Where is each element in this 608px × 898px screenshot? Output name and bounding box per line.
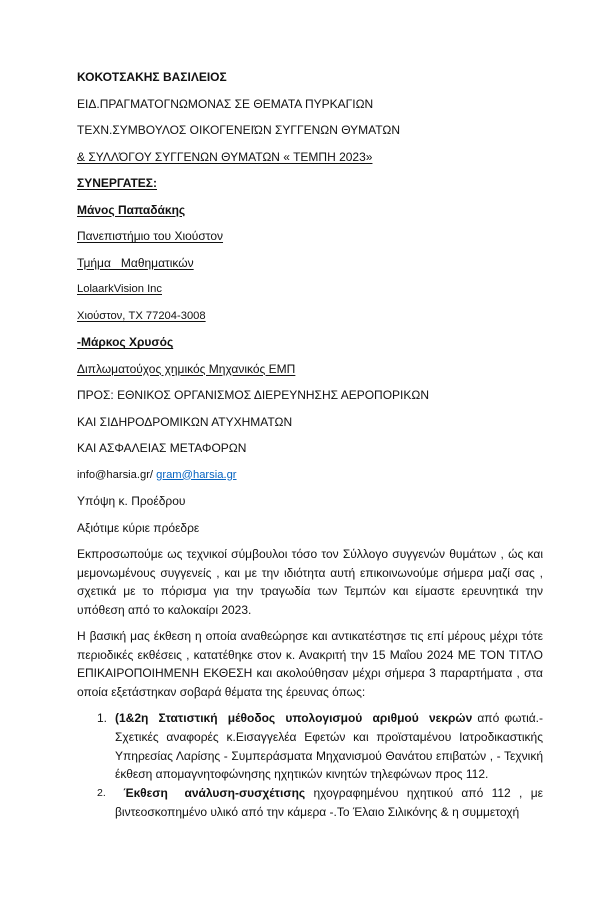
body-paragraph-2: Η βασική μας έκθεση η οποία αναθεώρησε κ… bbox=[77, 627, 543, 701]
recipient-line-1: ΠΡΟΣ: ΕΘΝΙΚΟΣ ΟΡΓΑΝΙΣΜΟΣ ΔΙΕΡΕΥΝΗΣΗΣ ΑΕΡ… bbox=[77, 386, 543, 413]
email-info: info@harsia.gr/ bbox=[77, 469, 153, 481]
document-page: ΚΟΚΟΤΣΑΚΗΣ ΒΑΣΙΛΕΙΟΣ ΕΙΔ.ΠΡΑΓΜΑΤΟΓΝΩΜΟΝΑ… bbox=[77, 68, 543, 822]
collaborator-1-affiliation: Πανεπιστήμιο του Χιούστον bbox=[77, 227, 543, 254]
list-item-bold: Έκθεση ανάλυση-συσχέτισης bbox=[115, 786, 305, 800]
recipient-line-3: ΚΑΙ ΑΣΦΑΛΕΙΑΣ ΜΕΤΑΦΟΡΩΝ bbox=[77, 439, 543, 466]
collaborator-1-name: Μάνος Παπαδάκης bbox=[77, 201, 543, 228]
reports-list: 1. (1&2η Στατιστική μέθοδος υπολογισμού … bbox=[77, 709, 543, 822]
author-title-2: ΤΕΧΝ.ΣΥΜΒΟΥΛΟΣ ΟΙΚΟΓΕΝΕΙΏΝ ΣΥΓΓΕΝΩΝ ΘΥΜΑ… bbox=[77, 121, 543, 148]
list-item: 1. (1&2η Στατιστική μέθοδος υπολογισμού … bbox=[77, 709, 543, 784]
recipient-line-2: ΚΑΙ ΣΙΔΗΡΟΔΡΟΜΙΚΩΝ ΑΤΥΧΗΜΑΤΩΝ bbox=[77, 413, 543, 440]
collaborators-heading: ΣΥΝΕΡΓΑΤΕΣ: bbox=[77, 174, 543, 201]
list-item-bold: (1&2η Στατιστική μέθοδος υπολογισμού αρι… bbox=[115, 711, 472, 725]
attention-line: Υπόψη κ. Προέδρου bbox=[77, 492, 543, 519]
collaborator-1-company: LolaarkVision Inc bbox=[77, 280, 543, 307]
contact-emails: info@harsia.gr/ gram@harsia.gr bbox=[77, 466, 543, 493]
list-item: 2. Έκθεση ανάλυση-συσχέτισης ηχογραφημέν… bbox=[77, 784, 543, 822]
body-paragraph-1: Εκπροσωπούμε ως τεχνικοί σύμβουλοι τόσο … bbox=[77, 545, 543, 619]
email-link-gram[interactable]: gram@harsia.gr bbox=[156, 469, 236, 481]
author-title-1: ΕΙΔ.ΠΡΑΓΜΑΤΟΓΝΩΜΟΝΑΣ ΣΕ ΘΕΜΑΤΑ ΠΥΡΚΑΓΙΩΝ bbox=[77, 95, 543, 122]
author-name: ΚΟΚΟΤΣΑΚΗΣ ΒΑΣΙΛΕΙΟΣ bbox=[77, 68, 543, 95]
list-item-number: 1. bbox=[97, 709, 107, 728]
collaborator-1-address: Χιούστον, TX 77204-3008 bbox=[77, 307, 543, 334]
collaborator-2-title: Διπλωματούχος χημικός Μηχανικός ΕΜΠ bbox=[77, 360, 543, 387]
collaborator-2-name: -Μάρκος Χρυσός bbox=[77, 333, 543, 360]
collaborator-1-department: Τμήμα Μαθηματικών bbox=[77, 254, 543, 281]
author-title-3: & ΣΥΛΛΌΓΟΥ ΣΥΓΓΕΝΩΝ ΘΥΜΑΤΩΝ « ΤΕΜΠΗ 2023… bbox=[77, 148, 543, 175]
list-item-number: 2. bbox=[97, 784, 106, 803]
salutation: Αξιότιμε κύριε πρόεδρε bbox=[77, 519, 543, 546]
